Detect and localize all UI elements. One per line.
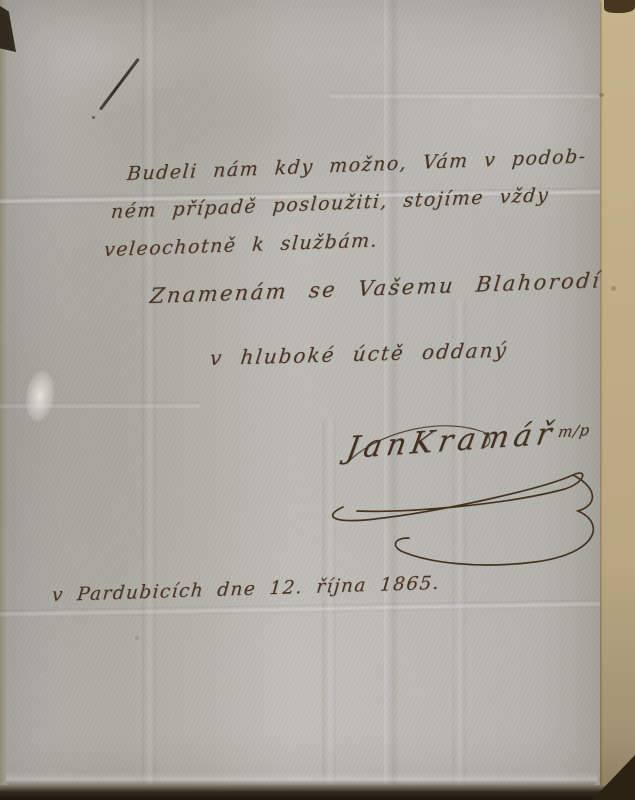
horizontal-fold-crease xyxy=(330,92,600,100)
vertical-fold-crease xyxy=(384,0,398,788)
paper-sheet xyxy=(6,0,600,788)
foxing-dot xyxy=(135,636,139,640)
foxing-dot xyxy=(611,286,616,291)
signature-mp-suffix: m/p xyxy=(557,421,592,441)
paper-bottom-curl xyxy=(6,772,598,786)
foxing-dot xyxy=(599,93,604,97)
dark-corner-top-right xyxy=(604,0,635,13)
vertical-fold-crease xyxy=(142,0,156,788)
bottom-shadow xyxy=(0,785,635,800)
ink-speck xyxy=(92,116,95,119)
underlying-page-edge xyxy=(596,0,635,800)
photographed-letter: Budeli nám kdy možno, Vám v podob- ném p… xyxy=(0,0,635,800)
